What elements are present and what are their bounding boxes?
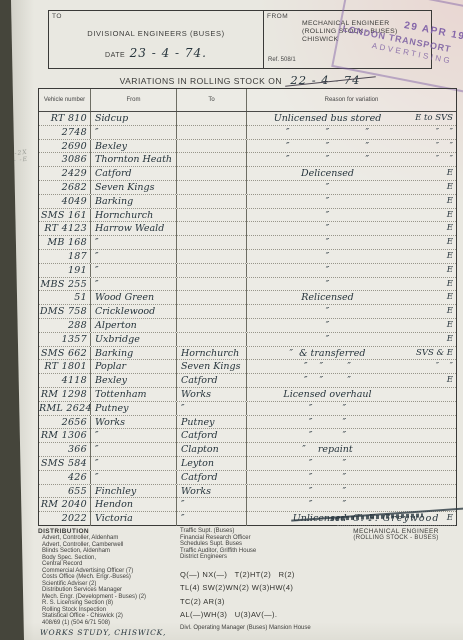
reason-cell: ″ ″ ″″ ″ bbox=[247, 360, 456, 374]
reason-text: ″ ″ bbox=[247, 485, 408, 499]
from-garage: ″ bbox=[91, 126, 177, 140]
reason-text: ″ bbox=[247, 236, 408, 250]
licence-mark: E bbox=[447, 264, 453, 278]
reason-cell: ″ ″ bbox=[247, 471, 456, 485]
table-row: SMS 161Hornchurch″E bbox=[39, 209, 456, 223]
reason-text: ″ bbox=[247, 195, 408, 209]
distribution-list: DISTRIBUTION Advert, Controller, Aldenha… bbox=[38, 528, 178, 637]
vehicle-number: 191 bbox=[39, 264, 91, 278]
reason-cell: ″E bbox=[247, 305, 456, 319]
vehicle-number: RT 1801 bbox=[39, 360, 91, 374]
reason-cell: ″E bbox=[247, 209, 456, 223]
reason-cell: ″E bbox=[247, 319, 456, 333]
reason-text: ″ ″ ″ bbox=[247, 140, 408, 154]
to-garage: Seven Kings bbox=[177, 360, 247, 374]
from-garage: ″ bbox=[91, 471, 177, 485]
reason-text: ″ ″ bbox=[247, 457, 408, 471]
reason-cell: ″ ″ bbox=[247, 429, 456, 443]
table-row: MB 168″″E bbox=[39, 236, 456, 250]
to-garage bbox=[177, 126, 247, 140]
date-line: DATE 23 - 4 - 74. bbox=[49, 44, 263, 62]
table-row: 655FinchleyWorks″ ″ bbox=[39, 485, 456, 499]
table-row: 4118BexleyCatford″ ″ ″E bbox=[39, 374, 456, 388]
reason-text: ″ bbox=[247, 305, 408, 319]
reason-text: Relicensed bbox=[247, 291, 408, 305]
licence-mark: E bbox=[447, 305, 453, 319]
to-garage: Works bbox=[177, 388, 247, 402]
vehicle-number: 655 bbox=[39, 485, 91, 499]
licence-mark: E bbox=[447, 236, 453, 250]
licence-mark: E bbox=[447, 374, 453, 388]
vehicle-number: 288 bbox=[39, 319, 91, 333]
table-row: 426″Catford″ ″ bbox=[39, 471, 456, 485]
footer: DISTRIBUTION Advert, Controller, Aldenha… bbox=[38, 528, 457, 640]
from-garage: Bexley bbox=[91, 140, 177, 154]
to-garage bbox=[177, 333, 247, 347]
licence-mark: E bbox=[447, 333, 453, 347]
reason-text: ″ ″ bbox=[247, 429, 408, 443]
reason-text: ″ ″ ″ bbox=[247, 153, 408, 167]
signatory-title: MECHANICAL ENGINEER bbox=[337, 528, 455, 535]
title-date: 22 - 4 - 74 bbox=[290, 73, 360, 87]
garage-code-line: AL(—)WH(3) U(3)AV(—). bbox=[180, 608, 352, 622]
to-garage: Clapton bbox=[177, 443, 247, 457]
reason-cell: ″ & transferredSVS & E bbox=[247, 347, 456, 361]
vehicle-number: SMS 584 bbox=[39, 457, 91, 471]
table-row: 1357Uxbridge″E bbox=[39, 333, 456, 347]
vehicle-number: 426 bbox=[39, 471, 91, 485]
reason-text: ″ & transferred bbox=[247, 347, 408, 361]
reason-cell: ″ repaint bbox=[247, 443, 456, 457]
licence-mark: E bbox=[447, 181, 453, 195]
reason-text: Licensed overhaul bbox=[247, 388, 408, 402]
from-garage: Alperton bbox=[91, 319, 177, 333]
from-garage: ″ bbox=[91, 264, 177, 278]
vehicle-number: 2656 bbox=[39, 416, 91, 430]
from-garage: Seven Kings bbox=[91, 181, 177, 195]
vehicle-number: DMS 758 bbox=[39, 305, 91, 319]
reason-text: ″ ″ ″ bbox=[247, 126, 408, 140]
table-row: 191″″E bbox=[39, 264, 456, 278]
licence-mark: ″ ″ bbox=[436, 140, 453, 154]
table-row: RML 2624Putney″″ ″ bbox=[39, 402, 456, 416]
date-value: 23 - 4 - 74. bbox=[130, 46, 207, 60]
reason-text: Delicensed bbox=[247, 167, 408, 181]
reason-cell: ″ ″ bbox=[247, 402, 456, 416]
reason-cell: ″ ″ ″″ ″ bbox=[247, 153, 456, 167]
from-garage: ″ bbox=[91, 429, 177, 443]
reason-cell: ″ ″ ″″ ″ bbox=[247, 126, 456, 140]
divl-operating-manager: Divl. Operating Manager (Buses) Mansion … bbox=[180, 625, 352, 631]
variations-table: Vehicle number From To Reason for variat… bbox=[38, 88, 457, 526]
licence-mark: E to SVS bbox=[415, 112, 453, 126]
reason-text: ″ repaint bbox=[247, 443, 408, 457]
reason-text: ″ ″ bbox=[247, 416, 408, 430]
reason-cell: ″E bbox=[247, 278, 456, 292]
table-row: 366″Clapton″ repaint bbox=[39, 443, 456, 457]
to-garage bbox=[177, 112, 247, 126]
table-row: 2682Seven Kings″E bbox=[39, 181, 456, 195]
table-header: Vehicle number From To Reason for variat… bbox=[39, 89, 456, 112]
col-from: From bbox=[91, 89, 177, 111]
to-garage bbox=[177, 291, 247, 305]
reason-text: ″ ″ ″ bbox=[247, 374, 408, 388]
table-row: SMS 584″Leyton″ ″ bbox=[39, 457, 456, 471]
from-garage: Hendon bbox=[91, 498, 177, 512]
from-garage: Barking bbox=[91, 347, 177, 361]
licence-mark: SVS & E bbox=[416, 347, 453, 361]
from-garage: Sidcup bbox=[91, 112, 177, 126]
to-garage: ″ bbox=[177, 498, 247, 512]
table-row: RM 2040Hendon″″ ″ bbox=[39, 498, 456, 512]
licence-mark: E bbox=[447, 291, 453, 305]
vehicle-number: 187 bbox=[39, 250, 91, 264]
to-garage bbox=[177, 209, 247, 223]
from-garage: Putney bbox=[91, 402, 177, 416]
garage-code-line: TL(4) SW(2)WN(2) W(3)HW(4) bbox=[180, 581, 352, 595]
to-garage bbox=[177, 319, 247, 333]
table-row: 4049Barking″E bbox=[39, 195, 456, 209]
to-garage bbox=[177, 167, 247, 181]
to-garage: Catford bbox=[177, 429, 247, 443]
reason-text: ″ ″ bbox=[247, 402, 408, 416]
col-to: To bbox=[177, 89, 247, 111]
vehicle-number: 4049 bbox=[39, 195, 91, 209]
vehicle-number: 3086 bbox=[39, 153, 91, 167]
table-row: SMS 662BarkingHornchurch″ & transferredS… bbox=[39, 347, 456, 361]
licence-mark: E bbox=[447, 209, 453, 223]
distribution-title: DISTRIBUTION bbox=[38, 528, 178, 535]
vehicle-number: RT 810 bbox=[39, 112, 91, 126]
vehicle-number: 2682 bbox=[39, 181, 91, 195]
reason-text: ″ bbox=[247, 319, 408, 333]
to-garage bbox=[177, 153, 247, 167]
reason-cell: ″E bbox=[247, 250, 456, 264]
vehicle-number: RT 4123 bbox=[39, 222, 91, 236]
reason-cell: Licensed overhaul bbox=[247, 388, 456, 402]
reason-cell: Unlicensed bus storedE to SVS bbox=[247, 112, 456, 126]
vehicle-number: 1357 bbox=[39, 333, 91, 347]
from-garage: Catford bbox=[91, 167, 177, 181]
signature: C. F. Greywood bbox=[337, 513, 455, 526]
to-garage bbox=[177, 236, 247, 250]
reason-text: ″ ″ bbox=[247, 471, 408, 485]
reason-text: ″ bbox=[247, 209, 408, 223]
vehicle-number: 4118 bbox=[39, 374, 91, 388]
reason-cell: ″E bbox=[247, 181, 456, 195]
to-label: TO bbox=[52, 13, 62, 20]
to-garage: Hornchurch bbox=[177, 347, 247, 361]
reason-cell: ″ ″ ″″ ″ bbox=[247, 140, 456, 154]
table-row: 187″″E bbox=[39, 250, 456, 264]
title-printed: VARIATIONS IN ROLLING STOCK ON bbox=[120, 76, 282, 86]
distribution-handwritten: WORKS STUDY, CHISWICK, bbox=[38, 628, 178, 637]
from-garage: Harrow Weald bbox=[91, 222, 177, 236]
licence-mark: ″ ″ bbox=[436, 360, 453, 374]
table-row: RT 4123Harrow Weald″E bbox=[39, 222, 456, 236]
reason-cell: RelicensedE bbox=[247, 291, 456, 305]
to-section: TO DIVISIONAL ENGINEERS (BUSES) DATE 23 … bbox=[49, 11, 264, 68]
from-garage: Thornton Heath bbox=[91, 153, 177, 167]
vehicle-number: RM 1298 bbox=[39, 388, 91, 402]
from-garage: Barking bbox=[91, 195, 177, 209]
reason-cell: ″ ″ bbox=[247, 485, 456, 499]
from-garage: Bexley bbox=[91, 374, 177, 388]
licence-mark: E bbox=[447, 319, 453, 333]
recipient-item: District Engineers bbox=[180, 554, 352, 561]
from-garage: Works bbox=[91, 416, 177, 430]
reason-text: ″ ″ ″ bbox=[247, 360, 408, 374]
page-title: VARIATIONS IN ROLLING STOCK ON 22 - 4 - … bbox=[90, 71, 390, 89]
vehicle-number: RM 2040 bbox=[39, 498, 91, 512]
margin-note-line2: E - -E bbox=[5, 156, 29, 166]
distribution-items: Advert, Controller, AldenhamAdvert, Cont… bbox=[38, 535, 178, 626]
to-garage: Works bbox=[177, 485, 247, 499]
vehicle-number: SMS 161 bbox=[39, 209, 91, 223]
to-garage: ″ bbox=[177, 512, 247, 526]
table-row: 3086Thornton Heath″ ″ ″″ ″ bbox=[39, 153, 456, 167]
to-garage: Catford bbox=[177, 374, 247, 388]
reason-text: ″ bbox=[247, 250, 408, 264]
reason-cell: ″ ″ ″E bbox=[247, 374, 456, 388]
licence-mark: E bbox=[447, 278, 453, 292]
signatory-dept: (ROLLING STOCK - BUSES) bbox=[337, 535, 455, 541]
to-garage: Catford bbox=[177, 471, 247, 485]
document-page: TO DIVISIONAL ENGINEERS (BUSES) DATE 23 … bbox=[0, 0, 463, 640]
recipients-list: Traffic Supt. (Buses)Financial Research … bbox=[180, 528, 352, 561]
reason-cell: ″E bbox=[247, 264, 456, 278]
table-body: RT 810SidcupUnlicensed bus storedE to SV… bbox=[39, 112, 456, 526]
to-garage bbox=[177, 222, 247, 236]
to-garage bbox=[177, 181, 247, 195]
licence-mark: ″ ″ bbox=[436, 153, 453, 167]
vehicle-number: 2022 bbox=[39, 512, 91, 526]
vehicle-number: RM 1306 bbox=[39, 429, 91, 443]
reason-cell: ″E bbox=[247, 222, 456, 236]
licence-mark: ″ ″ bbox=[436, 126, 453, 140]
garage-codes: Q(—) NX(—) T(2)HT(2) R(2)TL(4) SW(2)WN(2… bbox=[180, 568, 352, 622]
vehicle-number: 2748 bbox=[39, 126, 91, 140]
recipients-column: Traffic Supt. (Buses)Financial Research … bbox=[180, 528, 352, 631]
date-label: DATE bbox=[105, 52, 125, 59]
from-garage: ″ bbox=[91, 278, 177, 292]
pencil-margin-note: TL-2X E - -E bbox=[4, 149, 29, 166]
reason-cell: DelicensedE bbox=[247, 167, 456, 181]
from-garage: Victoria bbox=[91, 512, 177, 526]
table-row: RM 1306″Catford″ ″ bbox=[39, 429, 456, 443]
reason-text: Unlicensed bus stored bbox=[247, 112, 408, 126]
to-garage bbox=[177, 278, 247, 292]
reason-cell: ″ ″ bbox=[247, 457, 456, 471]
vehicle-number: MBS 255 bbox=[39, 278, 91, 292]
vehicle-number: 51 bbox=[39, 291, 91, 305]
from-garage: Hornchurch bbox=[91, 209, 177, 223]
table-row: 2748″″ ″ ″″ ″ bbox=[39, 126, 456, 140]
reason-text: ″ bbox=[247, 333, 408, 347]
to-garage bbox=[177, 305, 247, 319]
from-garage: ″ bbox=[91, 236, 177, 250]
from-garage: ″ bbox=[91, 250, 177, 264]
reason-cell: ″E bbox=[247, 236, 456, 250]
to-garage: Putney bbox=[177, 416, 247, 430]
signature-block: C. F. Greywood MECHANICAL ENGINEER (ROLL… bbox=[337, 513, 455, 541]
from-garage: Uxbridge bbox=[91, 333, 177, 347]
col-vehicle-number: Vehicle number bbox=[39, 89, 91, 111]
vehicle-number: SMS 662 bbox=[39, 347, 91, 361]
reason-text: ″ bbox=[247, 278, 408, 292]
licence-mark: E bbox=[447, 222, 453, 236]
licence-mark: E bbox=[447, 195, 453, 209]
to-garage bbox=[177, 195, 247, 209]
table-row: 2429CatfordDelicensedE bbox=[39, 167, 456, 181]
to-garage bbox=[177, 250, 247, 264]
garage-code-line: Q(—) NX(—) T(2)HT(2) R(2) bbox=[180, 568, 352, 582]
vehicle-number: 2690 bbox=[39, 140, 91, 154]
table-row: RT 810SidcupUnlicensed bus storedE to SV… bbox=[39, 112, 456, 126]
to-garage bbox=[177, 140, 247, 154]
reason-text: ″ bbox=[247, 264, 408, 278]
table-row: 2656WorksPutney″ ″ bbox=[39, 416, 456, 430]
from-garage: Poplar bbox=[91, 360, 177, 374]
reason-text: ″ ″ bbox=[247, 498, 408, 512]
to-garage: Leyton bbox=[177, 457, 247, 471]
table-row: 288Alperton″E bbox=[39, 319, 456, 333]
reason-cell: ″E bbox=[247, 195, 456, 209]
table-row: MBS 255″″E bbox=[39, 278, 456, 292]
licence-mark: E bbox=[447, 167, 453, 181]
reason-text: ″ bbox=[247, 181, 408, 195]
from-garage: Finchley bbox=[91, 485, 177, 499]
from-label: FROM bbox=[267, 13, 288, 20]
from-garage: Cricklewood bbox=[91, 305, 177, 319]
table-row: 51Wood GreenRelicensedE bbox=[39, 291, 456, 305]
distribution-item: 408/69 (1) (504 6/71 508) bbox=[38, 620, 178, 627]
from-garage: Tottenham bbox=[91, 388, 177, 402]
col-reason: Reason for variation bbox=[247, 89, 456, 111]
reason-text: ″ bbox=[247, 222, 408, 236]
ref-number: Ref. 508/1 bbox=[268, 57, 296, 63]
table-row: DMS 758Cricklewood″E bbox=[39, 305, 456, 319]
garage-code-line: TC(2) AR(3) bbox=[180, 595, 352, 609]
reason-cell: ″E bbox=[247, 333, 456, 347]
vehicle-number: 366 bbox=[39, 443, 91, 457]
from-garage: ″ bbox=[91, 457, 177, 471]
from-garage: ″ bbox=[91, 443, 177, 457]
licence-mark: E bbox=[447, 250, 453, 264]
to-value: DIVISIONAL ENGINEERS (BUSES) bbox=[49, 29, 263, 38]
table-row: RM 1298TottenhamWorksLicensed overhaul bbox=[39, 388, 456, 402]
from-garage: Wood Green bbox=[91, 291, 177, 305]
to-garage bbox=[177, 264, 247, 278]
vehicle-number: 2429 bbox=[39, 167, 91, 181]
reason-cell: ″ ″ bbox=[247, 416, 456, 430]
vehicle-number: MB 168 bbox=[39, 236, 91, 250]
table-row: RT 1801PoplarSeven Kings″ ″ ″″ ″ bbox=[39, 360, 456, 374]
table-row: 2690Bexley″ ″ ″″ ″ bbox=[39, 140, 456, 154]
to-garage: ″ bbox=[177, 402, 247, 416]
vehicle-number: RML 2624 bbox=[39, 402, 91, 416]
